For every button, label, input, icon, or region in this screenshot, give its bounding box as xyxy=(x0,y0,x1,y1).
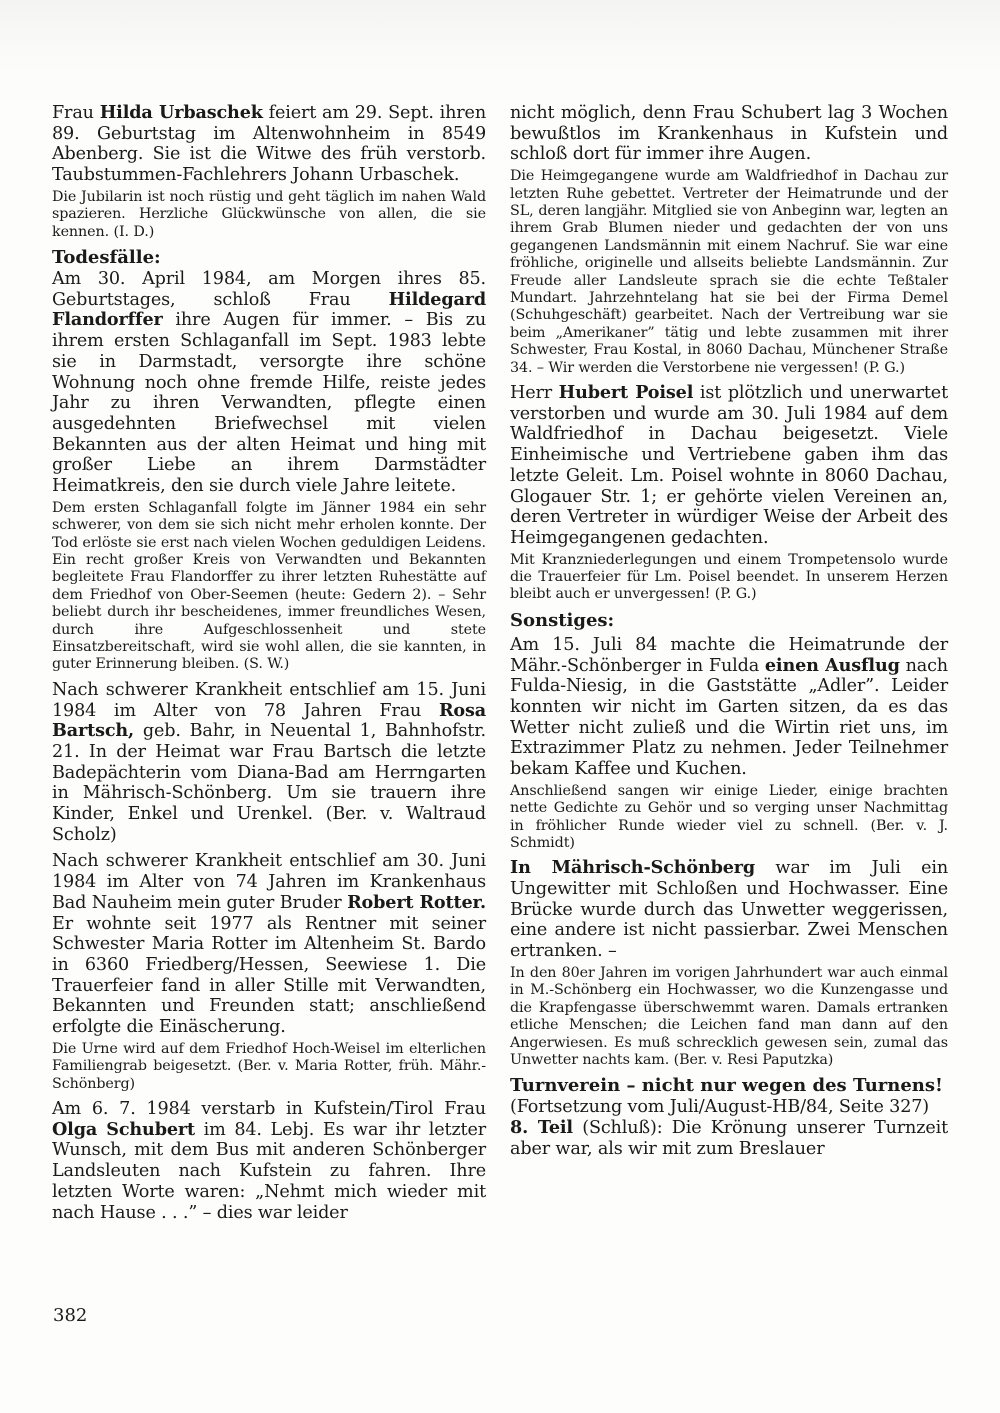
article-turnverein-subheading: (Fortsetzung vom Juli/August-HB/84, Seit… xyxy=(510,1097,948,1118)
text: Am 6. 7. 1984 verstarb in Kufstein/Tirol… xyxy=(52,1099,486,1119)
section-heading-misc: Sonstiges: xyxy=(510,610,948,632)
newspaper-page: Frau Hilda Urbaschek feiert am 29. Sept.… xyxy=(0,0,1000,1413)
bold-phrase: einen Ausflug xyxy=(765,655,900,676)
person-name: Hubert Poisel xyxy=(559,382,694,403)
text: Frau xyxy=(52,103,100,123)
article-ausflug: Am 15. Juli 84 machte die Heimatrunde de… xyxy=(510,635,948,780)
birthday-article: Frau Hilda Urbaschek feiert am 29. Sept.… xyxy=(52,103,486,186)
article-unwetter: In Mährisch-Schönberg war im Juli ein Un… xyxy=(510,858,948,962)
text: (Schluß): Die Krönung unserer Turnzeit a… xyxy=(510,1118,948,1159)
obituary-poisel: Herr Hubert Poisel ist plötzlich und une… xyxy=(510,383,948,549)
text: Herr xyxy=(510,383,559,403)
person-name: Hilda Urbaschek xyxy=(100,102,263,123)
text: ist plötzlich und unerwartet verstorben … xyxy=(510,383,948,548)
article-unwetter-note: In den 80er Jahren im vorigen Jahrhunder… xyxy=(510,965,948,1069)
article-ausflug-note: Anschließend sangen wir einige Lieder, e… xyxy=(510,783,948,853)
left-column: Frau Hilda Urbaschek feiert am 29. Sept.… xyxy=(52,103,486,1223)
obituary-rotter-note: Die Urne wird auf dem Friedhof Hoch-Weis… xyxy=(52,1041,486,1093)
obituary-rotter: Nach schwerer Krankheit entschlief am 30… xyxy=(52,851,486,1037)
text: ihre Augen für immer. – Bis zu ihrem ers… xyxy=(52,310,486,496)
obituary-poisel-note: Mit Kranzniederlegungen und einem Trompe… xyxy=(510,552,948,604)
obituary-schubert-continued: nicht möglich, denn Frau Schubert lag 3 … xyxy=(510,103,948,165)
right-column: nicht möglich, denn Frau Schubert lag 3 … xyxy=(510,103,948,1159)
birthday-note: Die Jubilarin ist noch rüstig und geht t… xyxy=(52,189,486,241)
article-heading-turnverein: Turnverein – nicht nur wegen des Turnens… xyxy=(510,1075,948,1097)
text: Er wohnte seit 1977 als Rentner mit sein… xyxy=(52,914,486,1038)
article-turnverein-part: 8. Teil (Schluß): Die Krönung unserer Tu… xyxy=(510,1118,948,1159)
bold-phrase: In Mährisch-Schönberg xyxy=(510,857,755,878)
page-number: 382 xyxy=(53,1305,87,1326)
obituary-schubert: Am 6. 7. 1984 verstarb in Kufstein/Tirol… xyxy=(52,1099,486,1223)
obituary-schubert-note: Die Heimgegangene wurde am Waldfriedhof … xyxy=(510,168,948,377)
obituary-flandorffer-note: Dem ersten Schlaganfall folgte im Jänner… xyxy=(52,500,486,674)
section-heading-deaths: Todesfälle: xyxy=(52,247,486,269)
part-label: 8. Teil xyxy=(510,1117,573,1138)
person-name: Olga Schubert xyxy=(52,1119,195,1140)
obituary-flandorffer: Am 30. April 1984, am Morgen ihres 85. G… xyxy=(52,269,486,497)
text: Nach schwerer Krankheit entschlief am 15… xyxy=(52,680,486,721)
obituary-bartsch: Nach schwerer Krankheit entschlief am 15… xyxy=(52,680,486,846)
person-name: Robert Rotter. xyxy=(347,892,486,913)
